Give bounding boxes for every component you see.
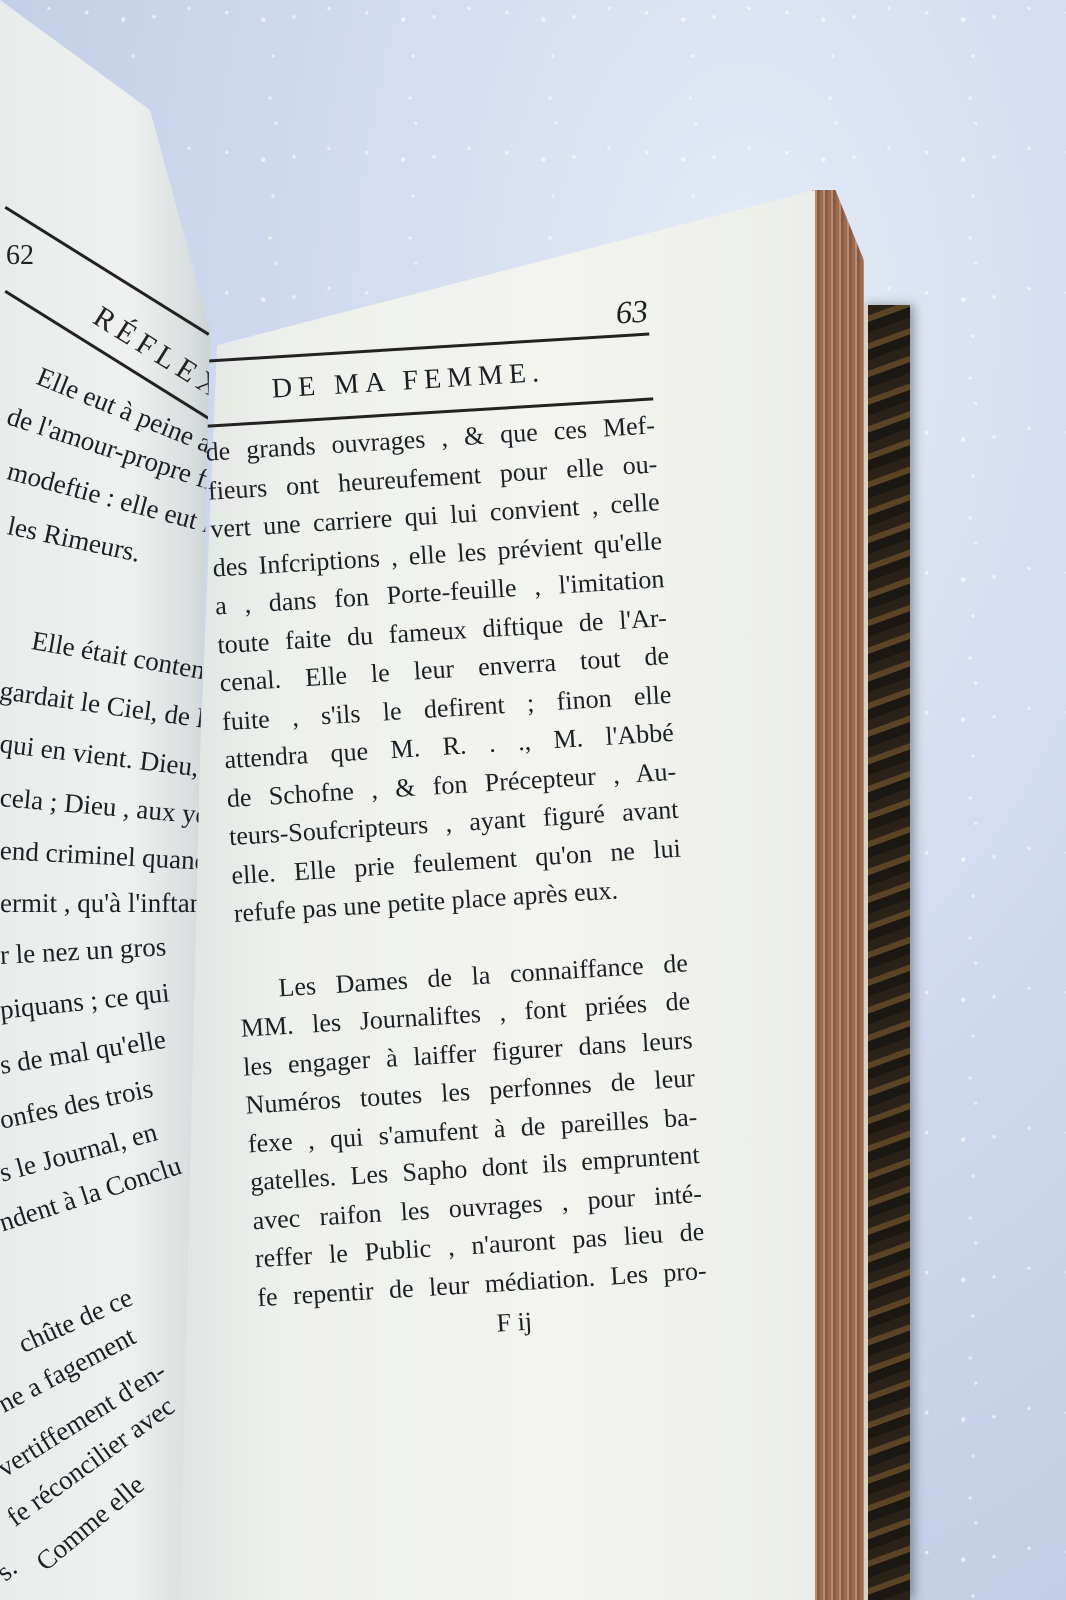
right-page-text: DE MA FEMME. 63 de grands ouvrages , & q… [200, 333, 710, 1358]
page-number: 63 [615, 292, 649, 332]
text-line: s de mal qu'elle [0, 1024, 168, 1081]
text-line: r le nez un gros [0, 931, 167, 971]
text-line: les Rimeurs. [5, 510, 143, 568]
text-line: end criminel quand on [0, 835, 215, 879]
text-line: gardait le Ciel, de l' [0, 675, 211, 735]
gilt-page-edge [812, 190, 864, 1600]
text-line: ermit , qu'à l'inftant, [0, 888, 215, 919]
text-line: piquans ; ce qui [0, 977, 171, 1026]
text-line: qui en vient. Dieu, [0, 728, 201, 783]
text-line: cela ; Dieu , aux yeux [0, 782, 215, 833]
running-head-title: DE MA FEMME. [271, 354, 546, 409]
left-page-number: 62 [6, 240, 34, 272]
text-line: Elle était contente [29, 625, 215, 689]
text-line: s. [0, 1553, 23, 1588]
left-page: 62 RÉFLEXIO Elle eut à peine achevé de l… [0, 0, 215, 1600]
book-cover-spine [862, 305, 910, 1600]
